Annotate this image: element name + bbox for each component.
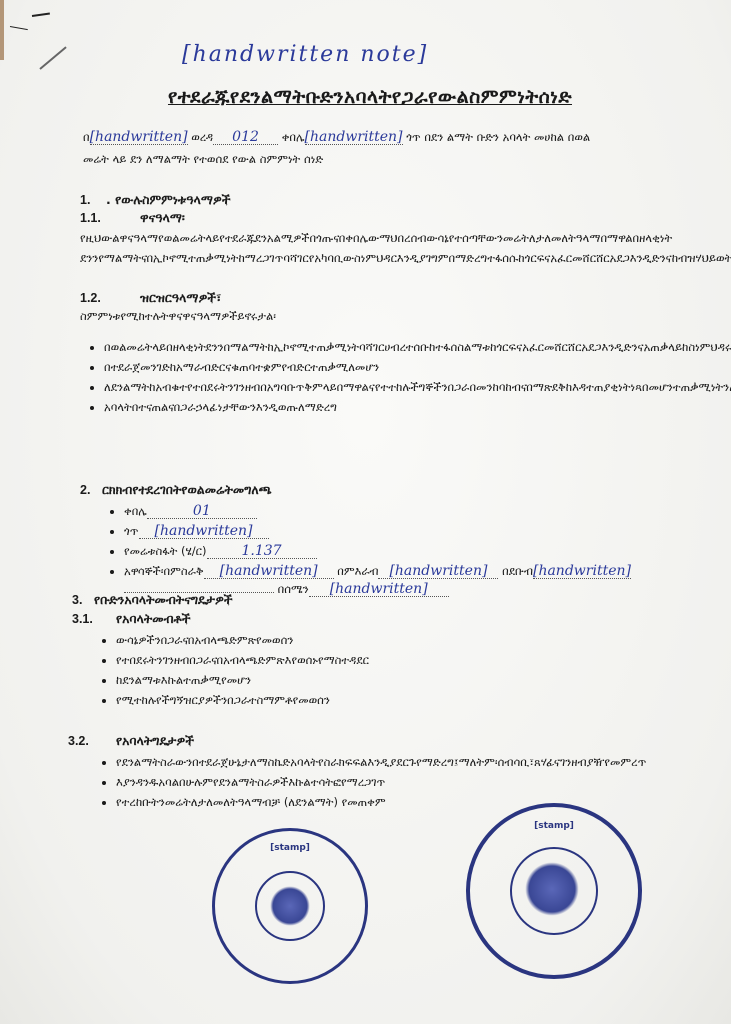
section-1: 1.. የውሉስምምነቱዓላማዎች 1.1.ዋናዓላማ፡ የዚህውልዋናዓላማየ…	[80, 192, 665, 418]
section-1-1-paragraph: የዚህውልዋናዓላማየወልመሬትላይየተደራጁደንአልሚዎችበጎጡናበቀበሌውማ…	[80, 228, 665, 268]
field-label: ጎጥ	[124, 524, 139, 538]
section-3-1-heading: 3.1.የአባላትመብቶች	[72, 611, 682, 627]
section-title: ዋናዓላማ፡	[140, 210, 185, 225]
list-item: አባላትበተናጠልናበጋራኃላፊነታቸውንእንዲወጡለማድረግ	[104, 398, 665, 416]
list-item: የተበደሩትንገንዘብበጋራናበአብላጫድምጽእየወሰኑየማስተዳደር	[116, 651, 682, 669]
section-3-heading: 3.የቡድንአባላትመብትናግዴታዎች	[72, 592, 682, 608]
stamp-emblem	[270, 886, 310, 926]
section-1-heading: 1.. የውሉስምምነቱዓላማዎች	[80, 192, 665, 208]
document-title: የተደራጁየደንልማትቡድንአባላትየጋራየውልስምምነትሰነድ	[140, 86, 600, 108]
scanned-document-page: [handwritten note] የተደራጁየደንልማትቡድንአባላትየጋራ…	[0, 0, 731, 1024]
right-official-stamp: [stamp]	[466, 803, 642, 979]
left-official-stamp: [stamp]	[212, 828, 368, 984]
intro-paragraph: በ[handwritten] ወረዳ012 ቀበሌ[handwritten] ጎ…	[83, 126, 673, 170]
section-2: 2.ርክክብየተደረገበትየወልመሬትመግለጫ ቀበሌ01 ጎጥ[handwri…	[80, 482, 680, 600]
stamp-emblem	[525, 862, 579, 916]
stamp-text: [stamp]	[215, 843, 365, 853]
top-handwritten-note: [handwritten note]	[182, 42, 428, 67]
west-border-value: [handwritten]	[378, 564, 498, 579]
section-title: ርክክብየተደረገበትየወልመሬትመግለጫ	[102, 482, 272, 497]
section-1-2-intro: ስምምነቱየሚከተሉትዋናዋናዓላማዎችይኖሩታል፡	[80, 306, 665, 326]
section-title: የአባላትመብቶች	[116, 611, 191, 626]
kebele-label: ቀበሌ	[282, 130, 305, 144]
section-number: 1.2.	[80, 291, 140, 305]
list-item: የተረከቡትንመሬትለታለመለትዓላማብቻ (ለደንልማት) የመጠቀም	[116, 793, 682, 811]
section-number: 1.1.	[80, 211, 140, 225]
list-item: ውሳኔዎችንበጋራናበአብላጫድምጽየመወሰን	[116, 631, 682, 649]
list-item: በወልመሬትላይበዘላቂነትደንንበማልማትከኢኮኖሚተጠቃሚነትባሻገርሀብረ…	[104, 338, 665, 356]
section-1-2-heading: 1.2.ዝርዝርዓላማዎች፣	[80, 290, 665, 306]
field-value: 1.137	[207, 544, 317, 559]
intro-prefix: በ	[83, 130, 90, 144]
zone-fill-field: [handwritten]	[90, 130, 188, 145]
section-number: 1.	[80, 193, 106, 207]
margin-mark	[32, 13, 50, 17]
section-3-1-list: ውሳኔዎችንበጋራናበአብላጫድምጽየመወሰን የተበደሩትንገንዘብበጋራናበ…	[72, 631, 682, 709]
south-label: በደቡብ	[502, 564, 533, 578]
section-number: 3.	[72, 593, 94, 607]
intro-line1-suffix: ጎጥ በደን ልማት ቡድን አባላት መሀከል በወል	[406, 130, 590, 144]
list-item: እያንዳንዱአባልበሁሉምየደንልማትስራዎችእኩልተሳትፎየማረጋገጥ	[116, 773, 682, 791]
field-label: ቀበሌ	[124, 504, 147, 518]
section-3-2-list: የደንልማትስራውንበተደራጀሁኔታለማስኬድአባላትየስራክፍፍልእንዲያደር…	[72, 753, 682, 811]
intro-line2: መሬት ላይ ደን ለማልማት የተወሰደ የውል ስምምነት ሰነድ	[83, 152, 323, 166]
east-border-value: [handwritten]	[204, 564, 334, 579]
section-title: ዝርዝርዓላማዎች፣	[140, 290, 221, 305]
list-item: የደንልማትስራውንበተደራጀሁኔታለማስኬድአባላትየስራክፍፍልእንዲያደር…	[116, 753, 682, 771]
section-number: 3.2.	[68, 734, 116, 748]
list-item: የሚተከሉየችግኝዝርያዎችንበጋራተስማምቶየመወሰን	[116, 691, 682, 709]
list-item: ለደንልማትከአብቁተየተበደሩትንገንዘብበአግባቡጥቅምላይበማዋልናየተተ…	[104, 378, 665, 396]
list-item: በተደራጀመንገድከአማራብድርናቁጠባተቋምየብድርተጠቃሚለመሆን	[104, 358, 665, 376]
field-label: የመሬቱስፋት (ሄ/ር)	[124, 544, 207, 558]
section-title: የአባላትግዴታዎች	[116, 733, 194, 748]
section-3: 3.የቡድንአባላትመብትናግዴታዎች 3.1.የአባላትመብቶች ውሳኔዎችን…	[72, 592, 682, 813]
kebele-fill-field: [handwritten]	[305, 130, 403, 145]
field-area: የመሬቱስፋት (ሄ/ር)1.137	[124, 542, 680, 560]
field-got: ጎጥ[handwritten]	[124, 522, 680, 540]
south-border-value: [handwritten]	[533, 564, 631, 579]
section-2-fields: ቀበሌ01 ጎጥ[handwritten] የመሬቱስፋት (ሄ/ር)1.137…	[80, 502, 680, 598]
section-1-1-heading: 1.1.ዋናዓላማ፡	[80, 210, 665, 226]
margin-mark	[10, 26, 28, 30]
page-edge-shadow	[0, 0, 4, 60]
margin-mark	[39, 46, 66, 69]
west-label: በምእራብ	[337, 564, 378, 578]
section-title: . የውሉስምምነቱዓላማዎች	[106, 192, 231, 207]
section-1-2-list: በወልመሬትላይበዘላቂነትደንንበማልማትከኢኮኖሚተጠቃሚነትባሻገርሀብረ…	[80, 338, 665, 416]
woreda-label: ወረዳ	[191, 130, 213, 144]
field-value: 01	[147, 504, 257, 519]
list-item: ከደንልማቱእኩልተጠቃሚየመሆን	[116, 671, 682, 689]
section-number: 2.	[80, 483, 102, 497]
section-2-heading: 2.ርክክብየተደረገበትየወልመሬትመግለጫ	[80, 482, 680, 498]
section-3-2-heading: 3.2.የአባላትግዴታዎች	[68, 733, 682, 749]
section-number: 3.1.	[72, 612, 116, 626]
field-value: [handwritten]	[139, 524, 269, 539]
field-kebele: ቀበሌ01	[124, 502, 680, 520]
woreda-fill-field: 012	[213, 130, 278, 145]
field-label: አዋሳኞች፡በምስራቅ	[124, 564, 204, 578]
section-title: የቡድንአባላትመብትናግዴታዎች	[94, 592, 233, 607]
stamp-text: [stamp]	[470, 821, 638, 831]
